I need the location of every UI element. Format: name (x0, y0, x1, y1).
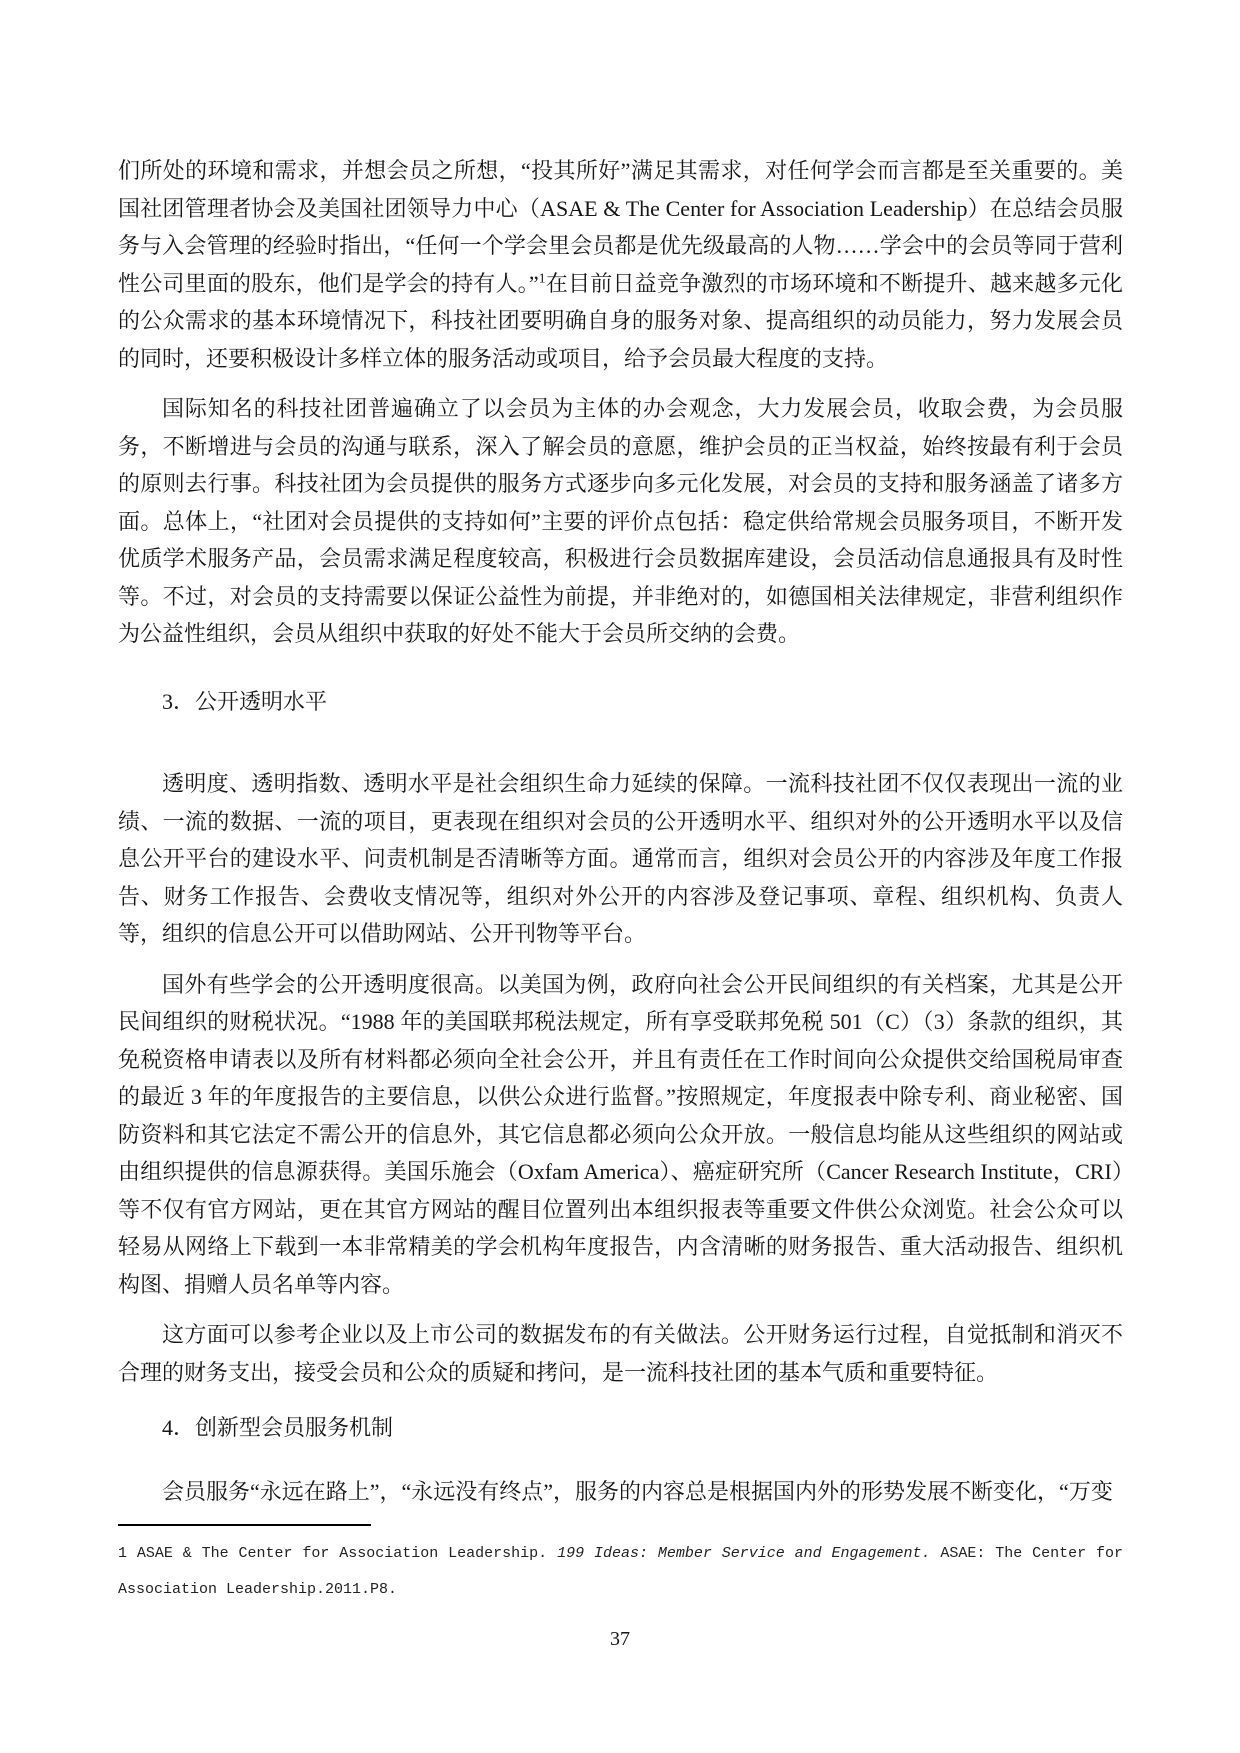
footnote-area: 1 ASAE & The Center for Association Lead… (118, 1524, 1123, 1608)
paragraph-transparency-overview: 透明度、透明指数、透明水平是社会组织生命力延续的保障。一流科技社团不仅仅表现出一… (118, 765, 1123, 953)
footnote-separator (118, 1524, 371, 1526)
paragraph-reference-practice: 这方面可以参考企业以及上市公司的数据发布的有关做法。公开财务运行过程，自觉抵制和… (118, 1316, 1123, 1391)
footnote-citation-start: 1 ASAE & The Center for Association Lead… (118, 1545, 557, 1562)
paragraph-service-forever: 会员服务“永远在路上”，“永远没有终点”，服务的内容总是根据国内外的形势发展不断… (118, 1473, 1123, 1511)
footnote-text: 1 ASAE & The Center for Association Lead… (118, 1536, 1123, 1608)
paragraph-international-societies: 国际知名的科技社团普遍确立了以会员为主体的办会观念，大力发展会员，收取会费，为会… (118, 390, 1123, 653)
section-heading-3-transparency: 3．公开透明水平 (118, 683, 1123, 721)
section-heading-4-service-mechanism: 4．创新型会员服务机制 (118, 1409, 1123, 1447)
paragraph-member-environment: 们所处的环境和需求，并想会员之所想，“投其所好”满足其需求，对任何学会而言都是至… (118, 152, 1123, 377)
page-number: 37 (0, 1628, 1240, 1651)
paragraph-us-disclosure-example: 国外有些学会的公开透明度很高。以美国为例，政府向社会公开民间组织的有关档案，尤其… (118, 966, 1123, 1304)
page-body: 们所处的环境和需求，并想会员之所想，“投其所好”满足其需求，对任何学会而言都是至… (118, 152, 1123, 1523)
document-page: 们所处的环境和需求，并想会员之所想，“投其所好”满足其需求，对任何学会而言都是至… (0, 0, 1240, 1753)
footnote-ref-1: 1 (539, 271, 546, 286)
footnote-citation-title: 199 Ideas: Member Service and Engagement… (557, 1545, 930, 1562)
